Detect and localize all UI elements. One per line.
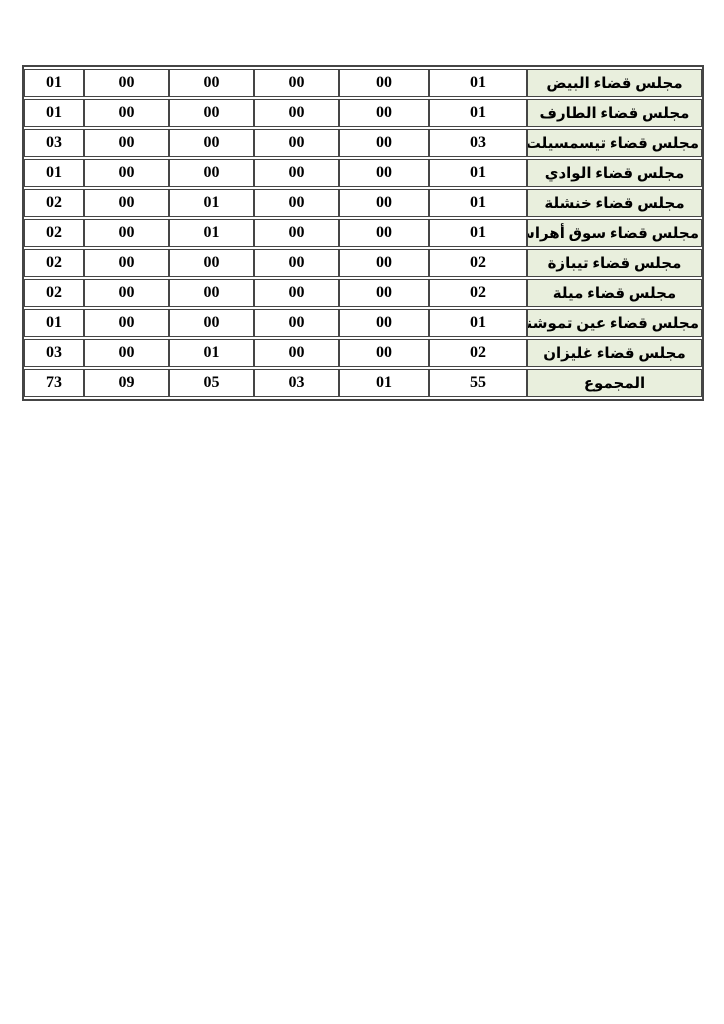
- value-cell: 01: [169, 189, 254, 217]
- total-label-cell: المجموع: [527, 369, 702, 397]
- value-cell: 00: [254, 219, 339, 247]
- value-cell: 02: [429, 249, 527, 277]
- value-cell: 01: [24, 99, 84, 127]
- value-cell: 01: [429, 159, 527, 187]
- value-cell: 00: [169, 99, 254, 127]
- value-cell: 02: [429, 339, 527, 367]
- value-cell: 01: [429, 189, 527, 217]
- value-cell: 02: [24, 189, 84, 217]
- value-cell: 00: [169, 279, 254, 307]
- value-cell: 00: [339, 99, 429, 127]
- council-label-cell: مجلس قضاء تيسمسيلت: [527, 129, 702, 157]
- table-row: 030001000002مجلس قضاء غليزان: [24, 339, 702, 367]
- table-row: 020001000001مجلس قضاء خنشلة: [24, 189, 702, 217]
- value-cell: 00: [339, 249, 429, 277]
- table-row: 020001000001مجلس قضاء سوق أهراس: [24, 219, 702, 247]
- value-cell: 02: [24, 219, 84, 247]
- judicial-councils-table: 010000000001مجلس قضاء البيض010000000001م…: [22, 65, 704, 401]
- value-cell: 03: [24, 339, 84, 367]
- council-label-cell: مجلس قضاء البيض: [527, 69, 702, 97]
- value-cell: 02: [429, 279, 527, 307]
- value-cell: 00: [84, 309, 169, 337]
- value-cell: 00: [84, 69, 169, 97]
- value-cell: 00: [254, 309, 339, 337]
- value-cell: 01: [24, 69, 84, 97]
- value-cell: 00: [169, 129, 254, 157]
- value-cell: 00: [254, 249, 339, 277]
- value-cell: 00: [254, 339, 339, 367]
- value-cell: 03: [24, 129, 84, 157]
- value-cell: 00: [169, 309, 254, 337]
- value-cell: 01: [429, 99, 527, 127]
- document-page: 010000000001مجلس قضاء البيض010000000001م…: [0, 0, 724, 1024]
- value-cell: 00: [84, 189, 169, 217]
- council-label-cell: مجلس قضاء غليزان: [527, 339, 702, 367]
- value-cell: 00: [169, 69, 254, 97]
- value-cell: 00: [339, 129, 429, 157]
- table-row: 010000000001مجلس قضاء الطارف: [24, 99, 702, 127]
- total-value-cell: 09: [84, 369, 169, 397]
- value-cell: 00: [84, 159, 169, 187]
- value-cell: 00: [339, 309, 429, 337]
- value-cell: 00: [169, 159, 254, 187]
- value-cell: 02: [24, 249, 84, 277]
- table-row: 010000000001مجلس قضاء الوادي: [24, 159, 702, 187]
- value-cell: 01: [169, 339, 254, 367]
- table-row: 020000000002مجلس قضاء ميلة: [24, 279, 702, 307]
- value-cell: 01: [429, 219, 527, 247]
- value-cell: 01: [24, 309, 84, 337]
- table-body: 010000000001مجلس قضاء البيض010000000001م…: [24, 69, 702, 397]
- total-value-cell: 05: [169, 369, 254, 397]
- council-label-cell: مجلس قضاء الطارف: [527, 99, 702, 127]
- total-value-cell: 03: [254, 369, 339, 397]
- value-cell: 00: [254, 69, 339, 97]
- table-row: 010000000001مجلس قضاء البيض: [24, 69, 702, 97]
- value-cell: 00: [339, 219, 429, 247]
- council-label-cell: مجلس قضاء الوادي: [527, 159, 702, 187]
- value-cell: 01: [24, 159, 84, 187]
- council-label-cell: مجلس قضاء سوق أهراس: [527, 219, 702, 247]
- value-cell: 00: [84, 249, 169, 277]
- table-row: 030000000003مجلس قضاء تيسمسيلت: [24, 129, 702, 157]
- total-value-cell: 55: [429, 369, 527, 397]
- value-cell: 00: [84, 129, 169, 157]
- value-cell: 02: [24, 279, 84, 307]
- council-label-cell: مجلس قضاء تيبازة: [527, 249, 702, 277]
- table-row: 020000000002مجلس قضاء تيبازة: [24, 249, 702, 277]
- value-cell: 01: [169, 219, 254, 247]
- value-cell: 01: [429, 69, 527, 97]
- total-value-cell: 01: [339, 369, 429, 397]
- value-cell: 00: [339, 339, 429, 367]
- value-cell: 03: [429, 129, 527, 157]
- council-label-cell: مجلس قضاء عين تموشنت: [527, 309, 702, 337]
- value-cell: 00: [84, 339, 169, 367]
- total-value-cell: 73: [24, 369, 84, 397]
- council-label-cell: مجلس قضاء خنشلة: [527, 189, 702, 217]
- value-cell: 00: [339, 189, 429, 217]
- value-cell: 00: [339, 69, 429, 97]
- value-cell: 00: [254, 189, 339, 217]
- value-cell: 00: [254, 279, 339, 307]
- value-cell: 01: [429, 309, 527, 337]
- table-row: 010000000001مجلس قضاء عين تموشنت: [24, 309, 702, 337]
- value-cell: 00: [84, 99, 169, 127]
- total-row: 730905030155المجموع: [24, 369, 702, 397]
- value-cell: 00: [254, 129, 339, 157]
- value-cell: 00: [254, 99, 339, 127]
- value-cell: 00: [84, 219, 169, 247]
- value-cell: 00: [339, 279, 429, 307]
- council-label-cell: مجلس قضاء ميلة: [527, 279, 702, 307]
- value-cell: 00: [339, 159, 429, 187]
- value-cell: 00: [169, 249, 254, 277]
- value-cell: 00: [254, 159, 339, 187]
- value-cell: 00: [84, 279, 169, 307]
